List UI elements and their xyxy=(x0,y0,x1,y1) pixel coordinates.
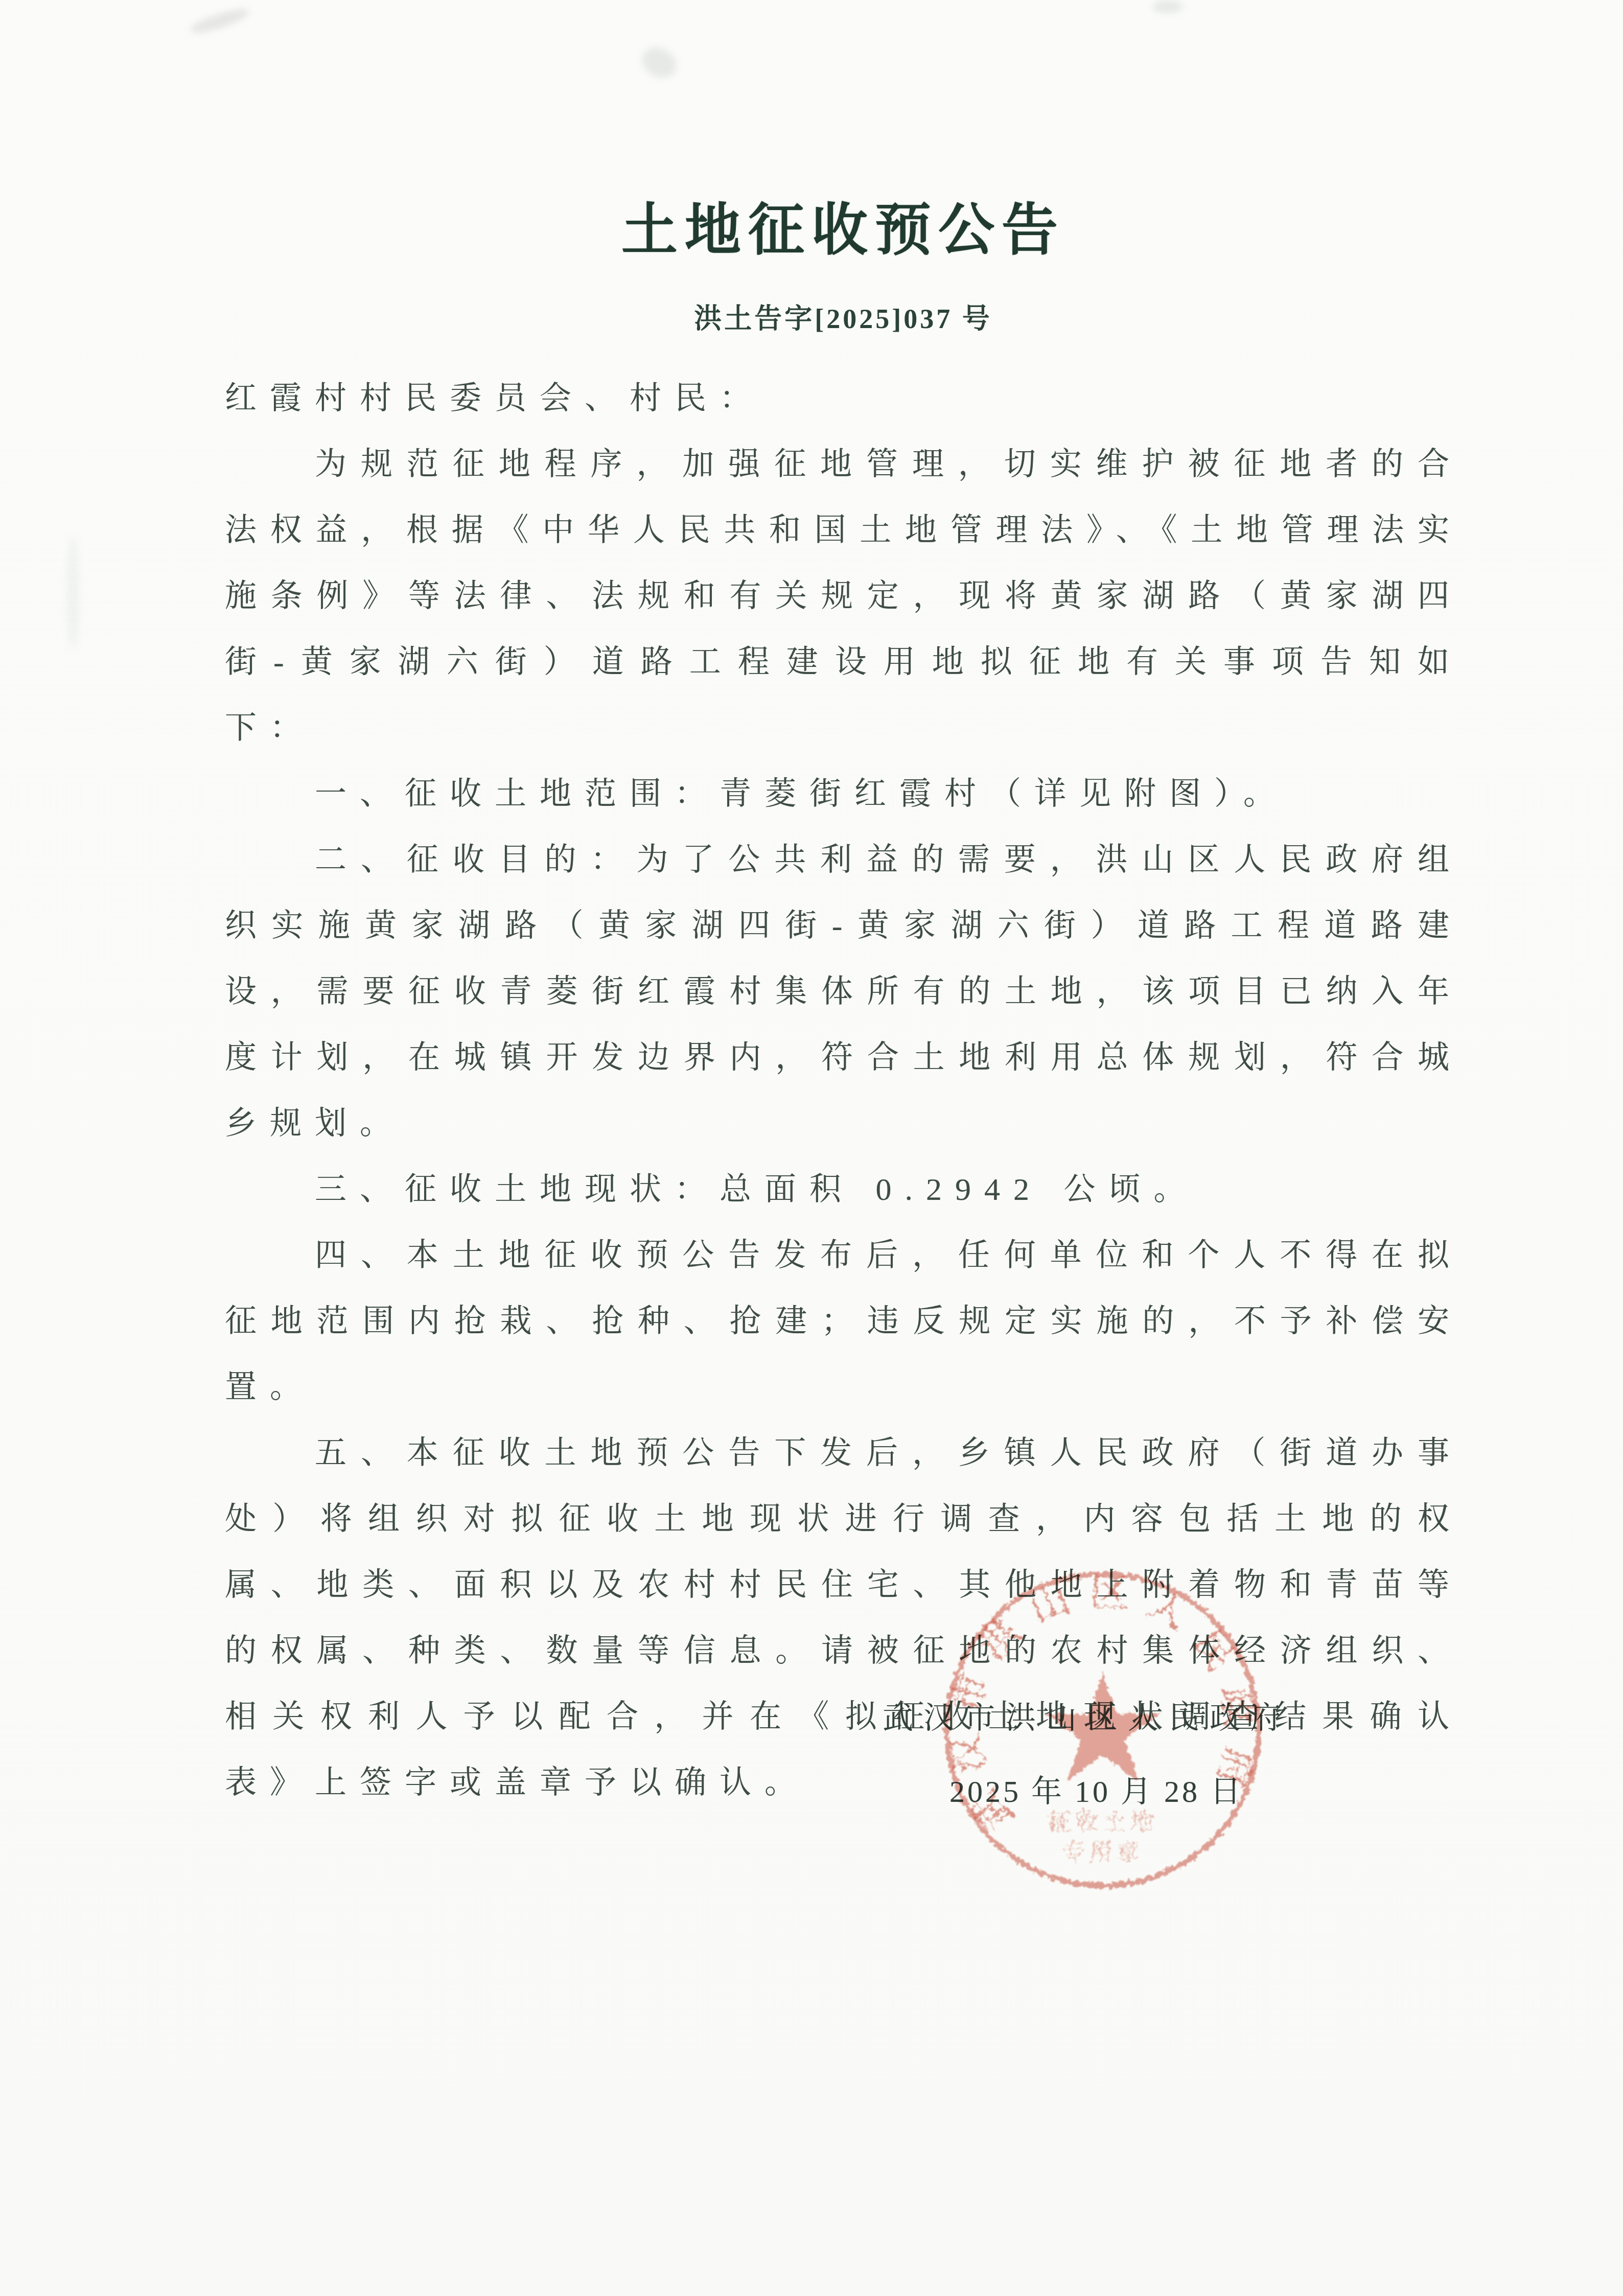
paragraph-item-1: 一、征收土地范围：青菱街红霞村（详见附图）。 xyxy=(225,761,1463,827)
paragraph-item-4: 四、本土地征收预公告发布后，任何单位和个人不得在拟征地范围内抢栽、抢种、抢建；违… xyxy=(225,1223,1463,1421)
scan-smudge xyxy=(1152,0,1183,13)
document-number: 洪土告字[2025]037 号 xyxy=(225,303,1462,336)
paragraph-preamble: 为规范征地程序，加强征地管理，切实维护被征地者的合法权益，根据《中华人民共和国土… xyxy=(225,432,1463,761)
scan-smudge xyxy=(189,5,251,37)
scanned-notice-page: 土地征收预公告 洪土告字[2025]037 号 红霞村村民委员会、村民： 为规范… xyxy=(0,0,1623,2296)
notice-body: 红霞村村民委员会、村民： 为规范征地程序，加强征地管理，切实维护被征地者的合法权… xyxy=(225,366,1463,1816)
notice-title: 土地征收预公告 xyxy=(225,199,1462,261)
addressee-line: 红霞村村民委员会、村民： xyxy=(225,366,1463,432)
paragraph-item-5: 五、本征收土地预公告下发后，乡镇人民政府（街道办事处）将组织对拟征收土地现状进行… xyxy=(225,1421,1463,1816)
seal-label-line2: 专用章 xyxy=(1061,1839,1144,1865)
issuing-authority: 武汉市洪山区人民政府 xyxy=(883,1700,1291,1736)
scan-smudge xyxy=(66,537,80,649)
paragraph-item-2: 二、征收目的：为了公共利益的需要，洪山区人民政府组织实施黄家湖路（黄家湖四街-黄… xyxy=(225,827,1463,1157)
issue-date: 2025 年 10 月 28 日 xyxy=(949,1773,1243,1810)
paragraph-item-3: 三、征收土地现状：总面积 0.2942 公顷。 xyxy=(225,1157,1463,1223)
scan-smudge xyxy=(637,41,682,84)
